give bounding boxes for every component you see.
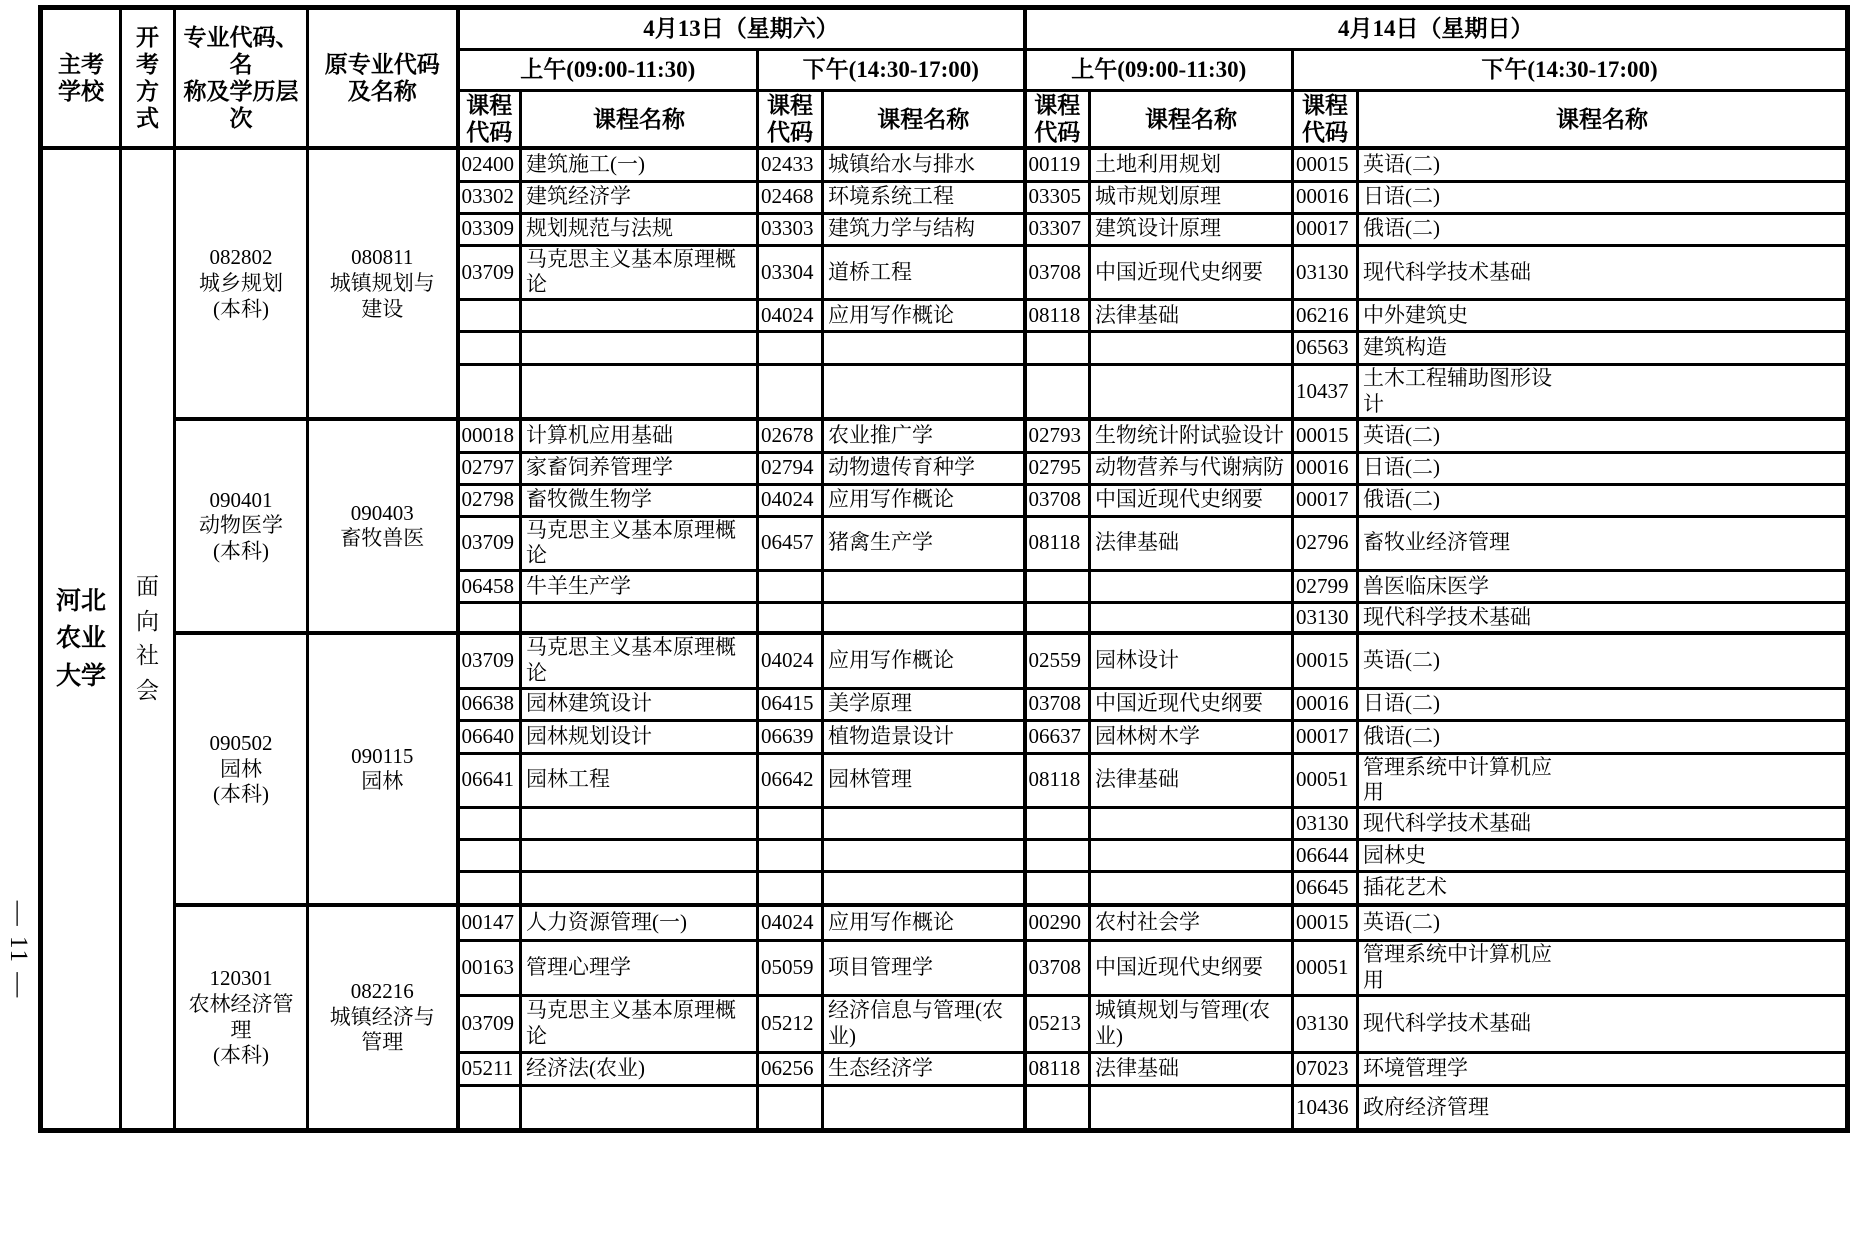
course-code-cell: 02400	[458, 148, 521, 181]
course-name-cell: 经济信息与管理(农 业)	[823, 995, 1025, 1052]
course-code-cell: 04024	[758, 299, 823, 331]
course-name-cell: 生态经济学	[823, 1052, 1025, 1085]
course-code-cell	[1025, 871, 1090, 905]
course-code-cell	[758, 364, 823, 419]
course-code-cell: 03307	[1025, 213, 1090, 245]
course-code-cell	[458, 839, 521, 871]
course-name-cell	[823, 570, 1025, 602]
course-name-cell: 管理系统中计算机应 用	[1358, 940, 1848, 995]
course-name-cell: 俄语(二)	[1358, 484, 1848, 516]
course-code-cell: 04024	[758, 484, 823, 516]
course-code-cell: 00015	[1293, 419, 1358, 452]
header-course-code: 课程 代码	[1293, 91, 1358, 149]
course-name-cell: 园林规划设计	[521, 720, 758, 753]
course-name-cell: 日语(二)	[1358, 452, 1848, 484]
course-code-cell: 06256	[758, 1052, 823, 1085]
course-code-cell: 00147	[458, 905, 521, 940]
course-code-cell	[458, 331, 521, 364]
course-name-cell: 插花艺术	[1358, 871, 1848, 905]
course-code-cell: 00119	[1025, 148, 1090, 181]
method-cell: 面向 社会	[121, 148, 175, 1130]
course-name-cell: 动物营养与代谢病防	[1090, 452, 1293, 484]
course-code-cell: 03708	[1025, 688, 1090, 720]
course-code-cell: 06637	[1025, 720, 1090, 753]
major-cell: 082802 城乡规划 (本科)	[175, 148, 308, 419]
course-name-cell: 法律基础	[1090, 1052, 1293, 1085]
course-code-cell: 06644	[1293, 839, 1358, 871]
table-body: 河北 农业 大学面向 社会082802 城乡规划 (本科)080811 城镇规划…	[41, 148, 1848, 1130]
course-name-cell: 畜牧微生物学	[521, 484, 758, 516]
course-code-cell	[1025, 331, 1090, 364]
table-row: 090502 园林 (本科)090115 园林03709马克思主义基本原理概论0…	[41, 633, 1848, 688]
course-code-cell: 00017	[1293, 484, 1358, 516]
course-code-cell	[458, 1085, 521, 1130]
course-name-cell: 园林树木学	[1090, 720, 1293, 753]
course-name-cell: 英语(二)	[1358, 419, 1848, 452]
course-code-cell: 02798	[458, 484, 521, 516]
course-code-cell: 10436	[1293, 1085, 1358, 1130]
course-name-cell	[823, 1085, 1025, 1130]
course-name-cell: 兽医临床医学	[1358, 570, 1848, 602]
course-code-cell: 00051	[1293, 940, 1358, 995]
course-name-cell: 应用写作概论	[823, 484, 1025, 516]
header-sun-pm: 下午(14:30-17:00)	[1293, 50, 1848, 91]
course-code-cell: 03130	[1293, 602, 1358, 633]
course-code-cell: 00051	[1293, 753, 1358, 807]
course-name-cell	[1090, 871, 1293, 905]
course-name-cell: 动物遗传育种学	[823, 452, 1025, 484]
course-code-cell: 00017	[1293, 720, 1358, 753]
course-code-cell	[458, 602, 521, 633]
course-code-cell: 04024	[758, 905, 823, 940]
course-code-cell: 03709	[458, 516, 521, 570]
course-code-cell: 02795	[1025, 452, 1090, 484]
course-name-cell: 经济法(农业)	[521, 1052, 758, 1085]
course-name-cell	[823, 331, 1025, 364]
course-code-cell	[758, 1085, 823, 1130]
course-code-cell	[458, 299, 521, 331]
header-date-sunday: 4月14日（星期日）	[1025, 8, 1848, 50]
course-name-cell: 应用写作概论	[823, 633, 1025, 688]
header-course-code: 课程 代码	[1025, 91, 1090, 149]
course-name-cell	[1090, 364, 1293, 419]
course-code-cell	[1025, 364, 1090, 419]
course-name-cell: 管理系统中计算机应 用	[1358, 753, 1848, 807]
course-name-cell: 园林管理	[823, 753, 1025, 807]
course-name-cell	[823, 839, 1025, 871]
exam-schedule-sheet: 主考 学校 开考 方式 专业代码、名 称及学历层次 原专业代码 及名称 4月13…	[38, 5, 1850, 1133]
course-code-cell: 06639	[758, 720, 823, 753]
course-name-cell: 环境系统工程	[823, 181, 1025, 213]
course-name-cell: 土地利用规划	[1090, 148, 1293, 181]
course-code-cell: 06638	[458, 688, 521, 720]
course-code-cell: 03130	[1293, 807, 1358, 839]
course-name-cell: 应用写作概论	[823, 299, 1025, 331]
course-code-cell	[458, 807, 521, 839]
course-code-cell: 06457	[758, 516, 823, 570]
course-code-cell: 05212	[758, 995, 823, 1052]
course-code-cell: 03309	[458, 213, 521, 245]
course-code-cell: 00290	[1025, 905, 1090, 940]
course-code-cell: 06641	[458, 753, 521, 807]
course-code-cell	[1025, 839, 1090, 871]
course-name-cell: 建筑构造	[1358, 331, 1848, 364]
course-name-cell: 建筑施工(一)	[521, 148, 758, 181]
header-sat-am: 上午(09:00-11:30)	[458, 50, 758, 91]
course-name-cell: 马克思主义基本原理概论	[521, 245, 758, 299]
course-name-cell	[1090, 1085, 1293, 1130]
course-code-cell: 03708	[1025, 940, 1090, 995]
course-name-cell: 建筑力学与结构	[823, 213, 1025, 245]
course-code-cell	[758, 871, 823, 905]
course-code-cell: 03709	[458, 995, 521, 1052]
course-code-cell: 03130	[1293, 245, 1358, 299]
header-sun-am: 上午(09:00-11:30)	[1025, 50, 1293, 91]
course-name-cell	[521, 331, 758, 364]
major-cell: 090401 动物医学 (本科)	[175, 419, 308, 633]
course-name-cell	[823, 807, 1025, 839]
course-code-cell: 02559	[1025, 633, 1090, 688]
course-name-cell: 日语(二)	[1358, 181, 1848, 213]
course-code-cell: 03304	[758, 245, 823, 299]
course-code-cell: 06645	[1293, 871, 1358, 905]
course-name-cell: 法律基础	[1090, 516, 1293, 570]
course-name-cell: 人力资源管理(一)	[521, 905, 758, 940]
course-code-cell: 00017	[1293, 213, 1358, 245]
course-name-cell: 管理心理学	[521, 940, 758, 995]
orig-major-cell: 080811 城镇规划与 建设	[308, 148, 458, 419]
course-code-cell: 08118	[1025, 1052, 1090, 1085]
course-code-cell: 00016	[1293, 181, 1358, 213]
course-code-cell: 02794	[758, 452, 823, 484]
header-school: 主考 学校	[41, 8, 121, 149]
course-code-cell: 08118	[1025, 299, 1090, 331]
course-name-cell: 园林工程	[521, 753, 758, 807]
course-name-cell	[823, 871, 1025, 905]
course-name-cell	[1090, 570, 1293, 602]
course-name-cell: 城镇规划与管理(农 业)	[1090, 995, 1293, 1052]
header-sat-pm: 下午(14:30-17:00)	[758, 50, 1025, 91]
course-code-cell: 05059	[758, 940, 823, 995]
course-name-cell: 农业推广学	[823, 419, 1025, 452]
course-code-cell: 06563	[1293, 331, 1358, 364]
table-row: 120301 农林经济管理 (本科)082216 城镇经济与 管理00147人力…	[41, 905, 1848, 940]
course-name-cell: 中国近现代史纲要	[1090, 484, 1293, 516]
course-name-cell: 项目管理学	[823, 940, 1025, 995]
header-date-saturday: 4月13日（星期六）	[458, 8, 1025, 50]
course-name-cell	[1090, 602, 1293, 633]
course-name-cell: 环境管理学	[1358, 1052, 1848, 1085]
course-name-cell: 土木工程辅助图形设 计	[1358, 364, 1848, 419]
course-code-cell: 03709	[458, 633, 521, 688]
major-cell: 120301 农林经济管理 (本科)	[175, 905, 308, 1130]
course-code-cell: 02678	[758, 419, 823, 452]
course-code-cell: 00016	[1293, 688, 1358, 720]
course-code-cell	[1025, 807, 1090, 839]
course-code-cell: 05213	[1025, 995, 1090, 1052]
course-code-cell: 10437	[1293, 364, 1358, 419]
course-name-cell: 现代科学技术基础	[1358, 995, 1848, 1052]
course-code-cell: 00016	[1293, 452, 1358, 484]
course-name-cell: 生物统计附试验设计	[1090, 419, 1293, 452]
exam-schedule-table: 主考 学校 开考 方式 专业代码、名 称及学历层次 原专业代码 及名称 4月13…	[38, 5, 1850, 1133]
course-name-cell: 建筑设计原理	[1090, 213, 1293, 245]
course-code-cell	[758, 331, 823, 364]
course-name-cell	[1090, 807, 1293, 839]
course-name-cell: 马克思主义基本原理概论	[521, 633, 758, 688]
course-name-cell: 政府经济管理	[1358, 1085, 1848, 1130]
header-method: 开考 方式	[121, 8, 175, 149]
course-code-cell: 03302	[458, 181, 521, 213]
course-name-cell	[521, 839, 758, 871]
course-name-cell: 城镇给水与排水	[823, 148, 1025, 181]
course-code-cell: 04024	[758, 633, 823, 688]
course-name-cell: 家畜饲养管理学	[521, 452, 758, 484]
course-name-cell: 猪禽生产学	[823, 516, 1025, 570]
course-name-cell: 园林建筑设计	[521, 688, 758, 720]
course-name-cell	[823, 602, 1025, 633]
course-code-cell: 00015	[1293, 148, 1358, 181]
orig-major-cell: 090403 畜牧兽医	[308, 419, 458, 633]
course-name-cell: 园林设计	[1090, 633, 1293, 688]
course-name-cell: 中国近现代史纲要	[1090, 245, 1293, 299]
course-name-cell	[1090, 331, 1293, 364]
course-name-cell: 马克思主义基本原理概论	[521, 995, 758, 1052]
course-code-cell: 02468	[758, 181, 823, 213]
header-course-code: 课程 代码	[458, 91, 521, 149]
course-code-cell	[1025, 570, 1090, 602]
course-name-cell: 道桥工程	[823, 245, 1025, 299]
header-course-name: 课程名称	[1358, 91, 1848, 149]
course-name-cell: 英语(二)	[1358, 148, 1848, 181]
course-code-cell: 08118	[1025, 753, 1090, 807]
course-code-cell: 00163	[458, 940, 521, 995]
table-row: 河北 农业 大学面向 社会082802 城乡规划 (本科)080811 城镇规划…	[41, 148, 1848, 181]
course-name-cell: 畜牧业经济管理	[1358, 516, 1848, 570]
course-code-cell	[458, 364, 521, 419]
course-name-cell: 植物造景设计	[823, 720, 1025, 753]
course-code-cell: 03708	[1025, 484, 1090, 516]
course-name-cell	[521, 871, 758, 905]
course-name-cell: 马克思主义基本原理概论	[521, 516, 758, 570]
header-orig-major: 原专业代码 及名称	[308, 8, 458, 149]
course-code-cell: 02433	[758, 148, 823, 181]
table-header: 主考 学校 开考 方式 专业代码、名 称及学历层次 原专业代码 及名称 4月13…	[41, 8, 1848, 149]
header-major: 专业代码、名 称及学历层次	[175, 8, 308, 149]
course-code-cell: 03708	[1025, 245, 1090, 299]
course-code-cell: 03305	[1025, 181, 1090, 213]
course-code-cell: 06642	[758, 753, 823, 807]
course-name-cell: 园林史	[1358, 839, 1848, 871]
course-name-cell: 日语(二)	[1358, 688, 1848, 720]
course-name-cell: 城市规划原理	[1090, 181, 1293, 213]
document-page: — 11 — 主考 学校 开考 方式 专业代码、名 称及学历层次 原专业代码 及…	[0, 0, 1872, 1255]
course-name-cell	[1090, 839, 1293, 871]
course-name-cell: 农村社会学	[1090, 905, 1293, 940]
header-course-code: 课程 代码	[758, 91, 823, 149]
course-code-cell: 06458	[458, 570, 521, 602]
header-course-name: 课程名称	[521, 91, 758, 149]
course-code-cell	[758, 807, 823, 839]
course-code-cell: 06216	[1293, 299, 1358, 331]
course-code-cell: 00015	[1293, 905, 1358, 940]
course-code-cell	[758, 570, 823, 602]
table-row: 090401 动物医学 (本科)090403 畜牧兽医00018计算机应用基础0…	[41, 419, 1848, 452]
course-code-cell: 02797	[458, 452, 521, 484]
course-name-cell: 俄语(二)	[1358, 720, 1848, 753]
course-name-cell: 规划规范与法规	[521, 213, 758, 245]
school-cell: 河北 农业 大学	[41, 148, 121, 1130]
course-code-cell: 02799	[1293, 570, 1358, 602]
course-name-cell: 现代科学技术基础	[1358, 245, 1848, 299]
course-name-cell: 中外建筑史	[1358, 299, 1848, 331]
course-code-cell: 00015	[1293, 633, 1358, 688]
course-code-cell: 05211	[458, 1052, 521, 1085]
header-course-name: 课程名称	[1090, 91, 1293, 149]
orig-major-cell: 082216 城镇经济与 管理	[308, 905, 458, 1130]
course-code-cell: 02793	[1025, 419, 1090, 452]
course-code-cell: 03709	[458, 245, 521, 299]
course-name-cell	[521, 364, 758, 419]
course-code-cell: 02796	[1293, 516, 1358, 570]
course-name-cell: 俄语(二)	[1358, 213, 1848, 245]
course-name-cell: 现代科学技术基础	[1358, 807, 1848, 839]
course-name-cell: 英语(二)	[1358, 905, 1848, 940]
course-name-cell: 美学原理	[823, 688, 1025, 720]
course-code-cell: 06415	[758, 688, 823, 720]
course-name-cell: 牛羊生产学	[521, 570, 758, 602]
course-name-cell: 现代科学技术基础	[1358, 602, 1848, 633]
course-code-cell	[758, 839, 823, 871]
course-name-cell	[521, 807, 758, 839]
course-code-cell	[1025, 602, 1090, 633]
course-name-cell: 建筑经济学	[521, 181, 758, 213]
course-name-cell: 法律基础	[1090, 299, 1293, 331]
course-name-cell: 应用写作概论	[823, 905, 1025, 940]
page-number: — 11 —	[2, 890, 32, 1010]
course-code-cell: 03130	[1293, 995, 1358, 1052]
course-code-cell: 08118	[1025, 516, 1090, 570]
course-code-cell: 07023	[1293, 1052, 1358, 1085]
major-cell: 090502 园林 (本科)	[175, 633, 308, 905]
course-name-cell: 计算机应用基础	[521, 419, 758, 452]
course-name-cell: 法律基础	[1090, 753, 1293, 807]
course-name-cell: 中国近现代史纲要	[1090, 940, 1293, 995]
course-name-cell	[521, 602, 758, 633]
course-name-cell	[521, 299, 758, 331]
course-code-cell: 03303	[758, 213, 823, 245]
course-name-cell: 中国近现代史纲要	[1090, 688, 1293, 720]
course-name-cell: 英语(二)	[1358, 633, 1848, 688]
course-code-cell	[758, 602, 823, 633]
header-course-name: 课程名称	[823, 91, 1025, 149]
course-code-cell: 00018	[458, 419, 521, 452]
course-code-cell	[1025, 1085, 1090, 1130]
orig-major-cell: 090115 园林	[308, 633, 458, 905]
course-name-cell	[521, 1085, 758, 1130]
course-code-cell: 06640	[458, 720, 521, 753]
course-name-cell	[823, 364, 1025, 419]
course-code-cell	[458, 871, 521, 905]
